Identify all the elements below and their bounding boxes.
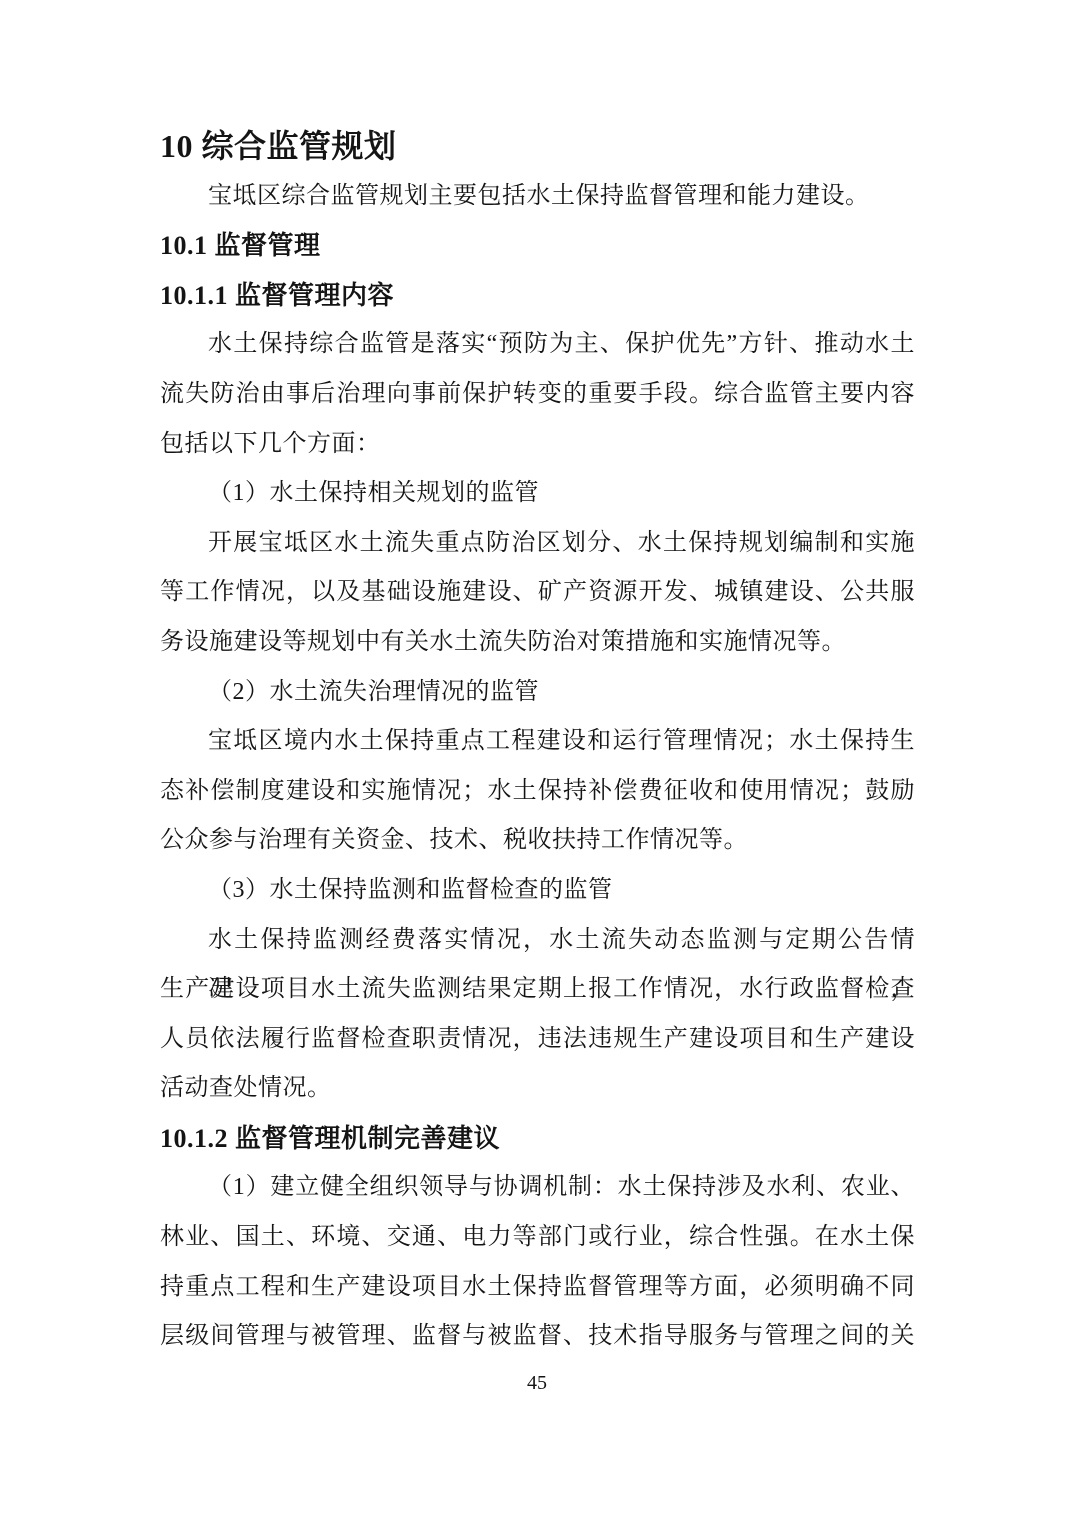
paragraph-line: 宝坻区综合监管规划主要包括水土保持监督管理和能力建设。 — [160, 172, 915, 222]
paragraph-line: 水土保持监测经费落实情况，水土流失动态监测与定期公告情况， — [160, 916, 915, 966]
page-number: 45 — [0, 1368, 1074, 1398]
paragraph-line: （2）水土流失治理情况的监管 — [160, 668, 915, 718]
paragraph-line: 林业、国土、环境、交通、电力等部门或行业，综合性强。在水土保 — [160, 1213, 915, 1263]
paragraph-line: 层级间管理与被管理、监督与被监督、技术指导服务与管理之间的关 — [160, 1312, 915, 1362]
heading-h1: 10 综合监管规划 — [160, 122, 915, 172]
heading-h2: 10.1 监督管理 — [160, 221, 915, 271]
paragraph-line: 宝坻区境内水土保持重点工程建设和运行管理情况；水土保持生 — [160, 717, 915, 767]
paragraph-line: 水土保持综合监管是落实“预防为主、保护优先”方针、推动水土 — [160, 320, 915, 370]
paragraph-line: （3）水土保持监测和监督检查的监管 — [160, 866, 915, 916]
document-page: 10 综合监管规划宝坻区综合监管规划主要包括水土保持监督管理和能力建设。10.1… — [0, 0, 1074, 1520]
heading-h3: 10.1.2 监督管理机制完善建议 — [160, 1114, 915, 1164]
paragraph-line: 流失防治由事后治理向事前保护转变的重要手段。综合监管主要内容 — [160, 370, 915, 420]
document-body: 10 综合监管规划宝坻区综合监管规划主要包括水土保持监督管理和能力建设。10.1… — [160, 122, 915, 1362]
paragraph-line: 开展宝坻区水土流失重点防治区划分、水土保持规划编制和实施 — [160, 519, 915, 569]
paragraph-line: 人员依法履行监督检查职责情况，违法违规生产建设项目和生产建设 — [160, 1015, 915, 1065]
heading-h3: 10.1.1 监督管理内容 — [160, 271, 915, 321]
paragraph-line: （1）水土保持相关规划的监管 — [160, 469, 915, 519]
paragraph-line: 态补偿制度建设和实施情况；水土保持补偿费征收和使用情况；鼓励 — [160, 767, 915, 817]
paragraph-line: 包括以下几个方面： — [160, 420, 915, 470]
paragraph-line: 持重点工程和生产建设项目水土保持监督管理等方面，必须明确不同 — [160, 1263, 915, 1313]
paragraph-line: （1）建立健全组织领导与协调机制：水土保持涉及水利、农业、 — [160, 1163, 915, 1213]
paragraph-line: 公众参与治理有关资金、技术、税收扶持工作情况等。 — [160, 816, 915, 866]
paragraph-line: 务设施建设等规划中有关水土流失防治对策措施和实施情况等。 — [160, 618, 915, 668]
paragraph-line: 等工作情况，以及基础设施建设、矿产资源开发、城镇建设、公共服 — [160, 568, 915, 618]
paragraph-line: 活动查处情况。 — [160, 1064, 915, 1114]
paragraph-line: 生产建设项目水土流失监测结果定期上报工作情况，水行政监督检查 — [160, 965, 915, 1015]
